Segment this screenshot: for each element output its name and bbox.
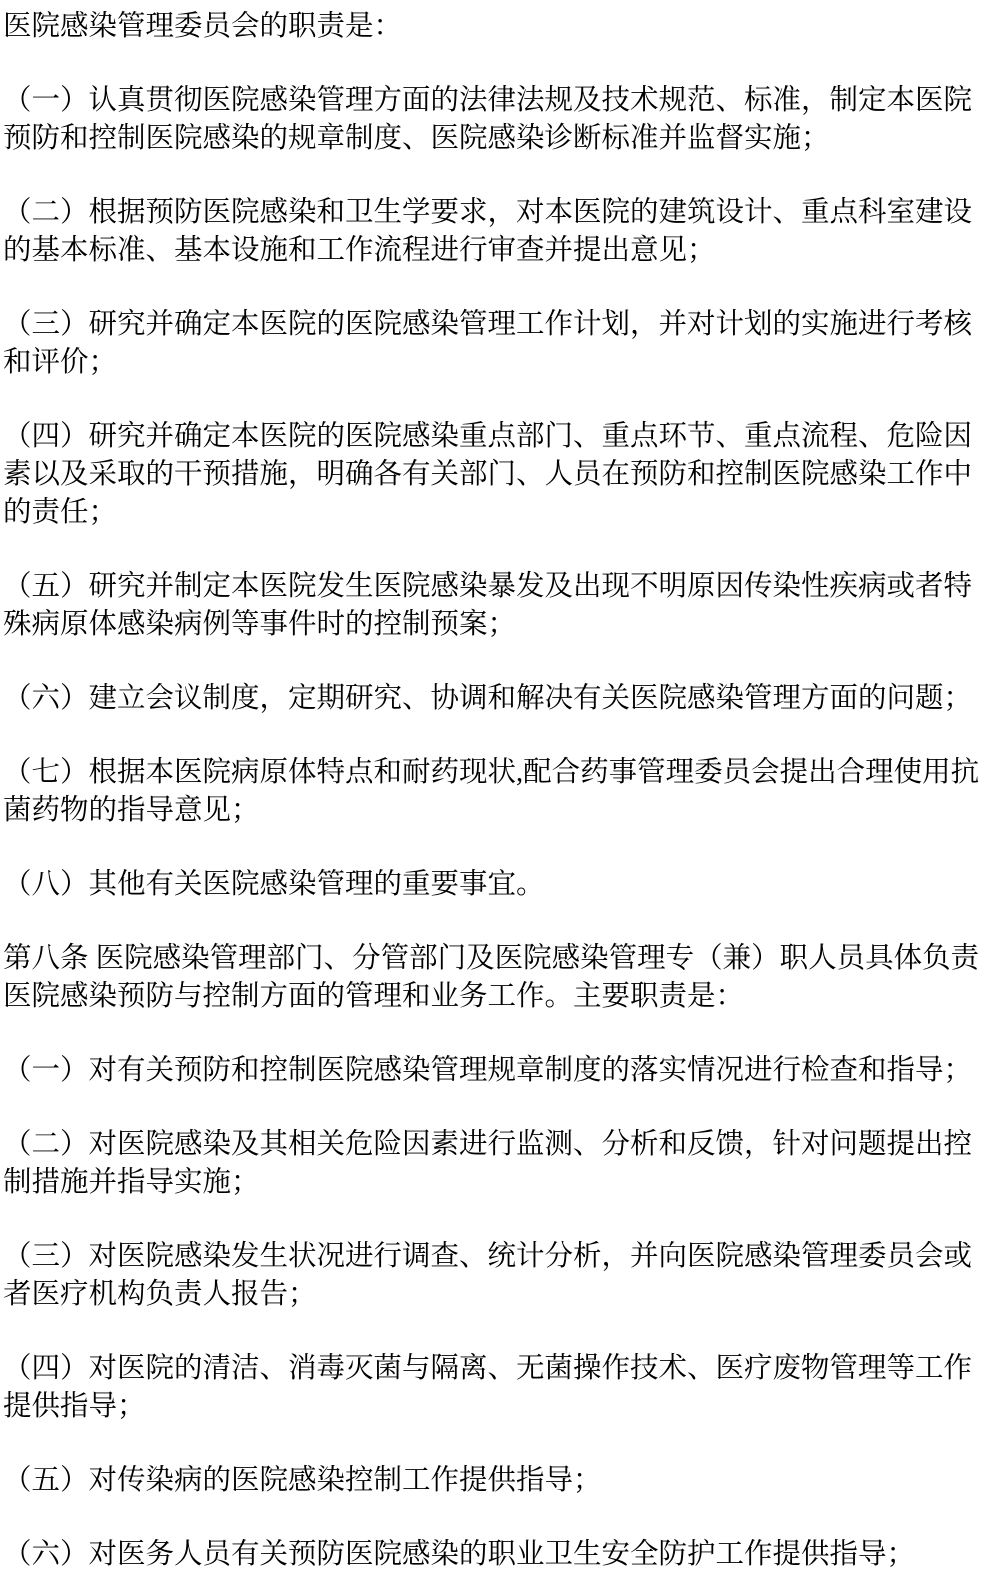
committee-duty-3: （三）研究并确定本医院的医院感染管理工作计划，并对计划的实施进行考核和评价； [3, 306, 981, 382]
committee-duty-4: （四）研究并确定本医院的医院感染重点部门、重点环节、重点流程、危险因素以及采取的… [3, 418, 981, 532]
dept-duty-6: （六）对医务人员有关预防医院感染的职业卫生安全防护工作提供指导； [3, 1536, 981, 1574]
committee-duty-7: （七）根据本医院病原体特点和耐药现状,配合药事管理委员会提出合理使用抗菌药物的指… [3, 754, 981, 830]
committee-duty-2: （二）根据预防医院感染和卫生学要求，对本医院的建筑设计、重点科室建设的基本标准、… [3, 194, 981, 270]
committee-duties-intro: 医院感染管理委员会的职责是： [3, 8, 981, 46]
committee-duty-8: （八）其他有关医院感染管理的重要事宜。 [3, 866, 981, 904]
dept-duty-1: （一）对有关预防和控制医院感染管理规章制度的落实情况进行检查和指导； [3, 1052, 981, 1090]
committee-duty-1: （一）认真贯彻医院感染管理方面的法律法规及技术规范、标准，制定本医院预防和控制医… [3, 82, 981, 158]
committee-duty-5: （五）研究并制定本医院发生医院感染暴发及出现不明原因传染性疾病或者特殊病原体感染… [3, 568, 981, 644]
dept-duty-4: （四）对医院的清洁、消毒灭菌与隔离、无菌操作技术、医疗废物管理等工作提供指导； [3, 1350, 981, 1426]
dept-duty-2: （二）对医院感染及其相关危险因素进行监测、分析和反馈，针对问题提出控制措施并指导… [3, 1126, 981, 1202]
document-body: 医院感染管理委员会的职责是： （一）认真贯彻医院感染管理方面的法律法规及技术规范… [3, 8, 981, 1574]
committee-duty-6: （六）建立会议制度，定期研究、协调和解决有关医院感染管理方面的问题； [3, 680, 981, 718]
article-8-intro: 第八条 医院感染管理部门、分管部门及医院感染管理专（兼）职人员具体负责医院感染预… [3, 940, 981, 1016]
dept-duty-5: （五）对传染病的医院感染控制工作提供指导； [3, 1462, 981, 1500]
dept-duty-3: （三）对医院感染发生状况进行调查、统计分析，并向医院感染管理委员会或者医疗机构负… [3, 1238, 981, 1314]
